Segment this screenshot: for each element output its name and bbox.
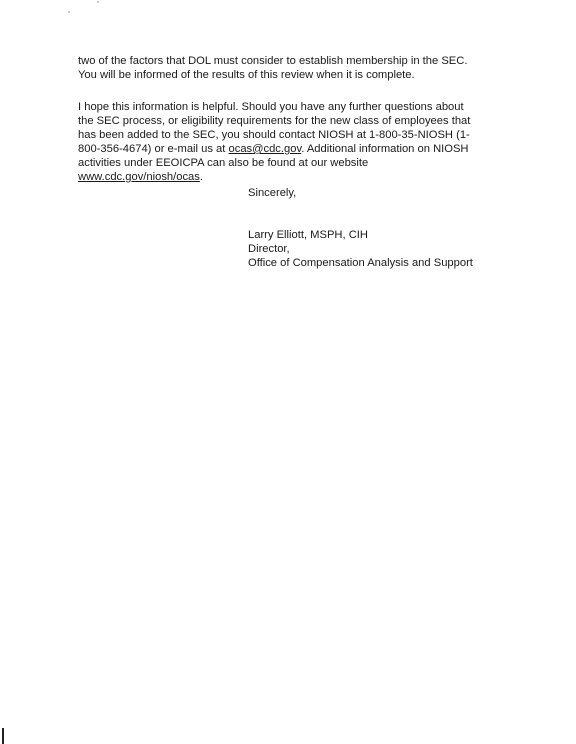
letter-page: two of the factors that DOL must conside… <box>0 0 576 744</box>
paragraph-review-notice: two of the factors that DOL must conside… <box>78 54 518 82</box>
scan-edge-mark <box>2 728 4 744</box>
email-link[interactable]: ocas@cdc.gov <box>229 143 302 155</box>
scan-speck <box>97 1 99 3</box>
paragraph-contact-info: I hope this information is helpful. Shou… <box>78 100 518 184</box>
scan-speck <box>68 11 70 13</box>
website-link[interactable]: www.cdc.gov/niosh/ocas <box>78 171 200 183</box>
signatory-name: Larry Elliott, MSPH, CIH <box>248 228 368 242</box>
signatory-title: Director, <box>248 242 290 256</box>
closing-salutation: Sincerely, <box>248 186 296 200</box>
contact-text-part-3: . <box>200 171 203 183</box>
signatory-office: Office of Compensation Analysis and Supp… <box>248 256 473 270</box>
